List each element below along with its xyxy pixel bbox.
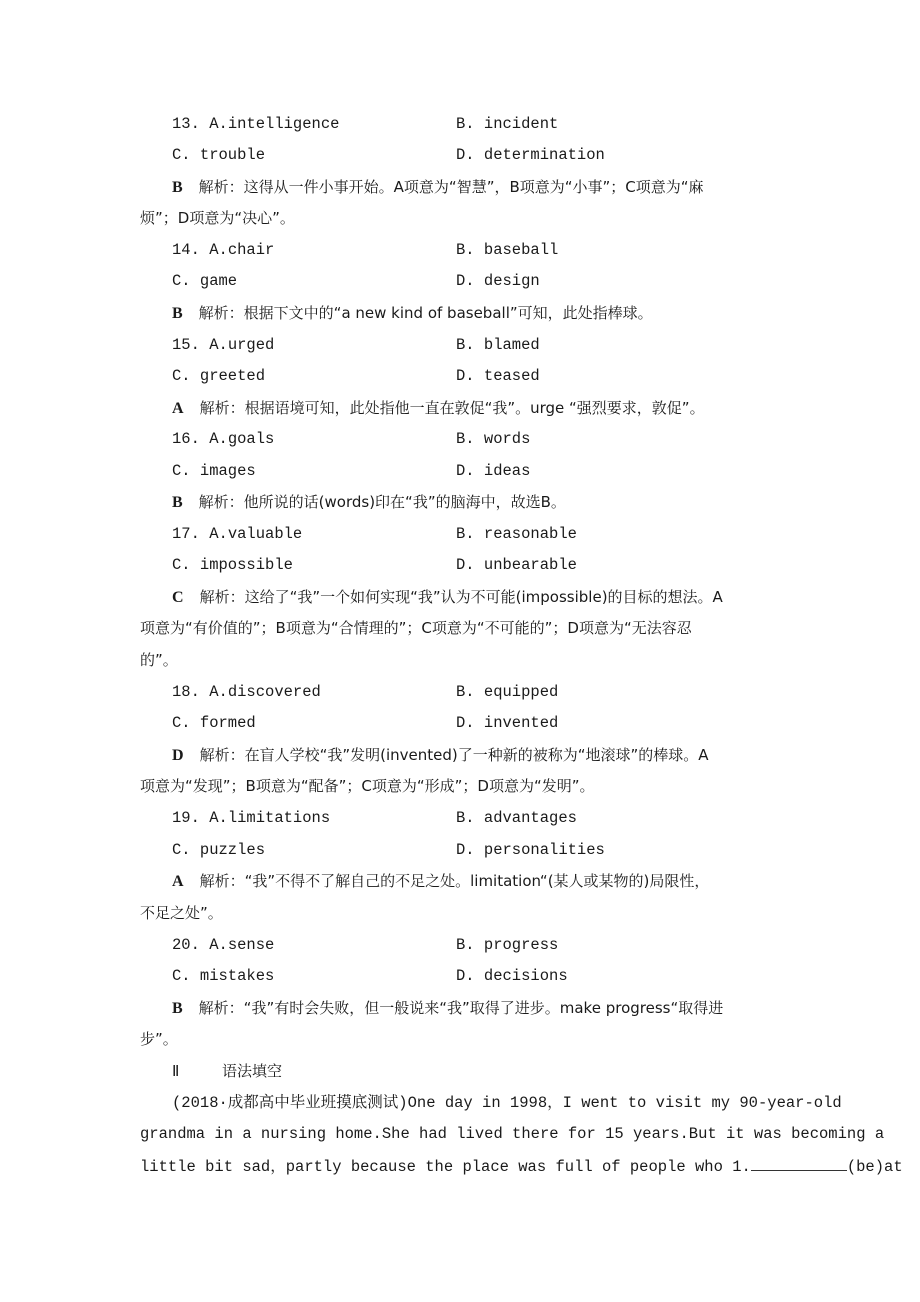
question-number: 17. <box>172 525 200 543</box>
option-b: B. progress <box>456 935 558 955</box>
option-c: C. images <box>172 462 256 480</box>
question-20-row-ab: 20. A.sense B. progress <box>172 935 862 967</box>
answer-18-cont: 项意为“发现”；B项意为“配备”；C项意为“形成”；D项意为“发明”。 <box>140 776 830 808</box>
question-15-row-ab: 15. A.urged B. blamed <box>172 335 862 367</box>
question-14-row-cd: C. game D. design <box>172 271 862 303</box>
answer-17-cont: 项意为“有价值的”；B项意为“合情理的”；C项意为“不可能的”；D项意为“无法容… <box>140 618 830 650</box>
answer-19: A解析：“我”不得不了解自己的不足之处。limitation“(某人或某物的)局… <box>172 871 862 903</box>
blank-1[interactable] <box>751 1156 847 1171</box>
option-d: D. teased <box>456 366 540 386</box>
passage-line-3: little bit sad，partly because the place … <box>140 1156 830 1188</box>
document-page: 13. A.intelligence B. incident C. troubl… <box>0 0 920 1302</box>
answer-14: B解析：根据下文中的“a new kind of baseball”可知，此处指… <box>172 303 862 335</box>
question-number: 18. <box>172 683 200 701</box>
question-number: 14. <box>172 241 200 259</box>
option-a: A.discovered <box>209 683 321 701</box>
answer-letter: B <box>172 494 183 511</box>
answer-18: D解析：在盲人学校“我”发明(invented)了一种新的被称为“地滚球”的棒球… <box>172 745 862 777</box>
explanation: 解析：根据语境可知，此处指他一直在敦促“我”。urge “强烈要求，敦促”。 <box>200 399 705 417</box>
question-14-row-ab: 14. A.chair B. baseball <box>172 240 862 272</box>
answer-17-cont-2: 的”。 <box>140 650 830 682</box>
question-13-row-cd: C. trouble D. determination <box>172 145 862 177</box>
passage-text: little bit sad，partly because the place … <box>140 1158 751 1176</box>
answer-letter: D <box>172 747 184 764</box>
option-b: B. reasonable <box>456 524 577 544</box>
explanation: 解析：这给了“我”一个如何实现“我”认为不可能(impossible)的目标的想… <box>200 588 723 606</box>
option-d: D. decisions <box>456 966 568 986</box>
option-c: C. puzzles <box>172 841 265 859</box>
question-13-row-ab: 13. A.intelligence B. incident <box>172 114 862 146</box>
question-20-row-cd: C. mistakes D. decisions <box>172 966 862 998</box>
section-heading: Ⅱ语法填空 <box>172 1061 862 1093</box>
question-number: 16. <box>172 430 200 448</box>
option-d: D. personalities <box>456 840 605 860</box>
option-a: A.chair <box>209 241 274 259</box>
passage-text: (be)at <box>847 1158 903 1176</box>
question-number: 13. <box>172 115 200 133</box>
passage-line-1: (2018·成都高中毕业班摸底测试)One day in 1998，I went… <box>172 1093 832 1125</box>
explanation: 解析：根据下文中的“a new kind of baseball”可知，此处指棒… <box>199 304 653 322</box>
passage-text: (2018·成都高中毕业班摸底测试)One day in 1998，I went… <box>172 1094 842 1112</box>
explanation: 解析：“我”有时会失败，但一般说来“我”取得了进步。make progress“… <box>199 999 724 1017</box>
option-c: C. trouble <box>172 146 265 164</box>
option-a: A.valuable <box>209 525 302 543</box>
question-number: 15. <box>172 336 200 354</box>
option-c: C. game <box>172 272 237 290</box>
answer-letter: A <box>172 873 184 890</box>
question-15-row-cd: C. greeted D. teased <box>172 366 862 398</box>
option-b: B. words <box>456 429 530 449</box>
explanation-continued: 步”。 <box>140 1030 178 1048</box>
option-b: B. blamed <box>456 335 540 355</box>
option-b: B. incident <box>456 114 558 134</box>
question-17-row-ab: 17. A.valuable B. reasonable <box>172 524 862 556</box>
question-number: 19. <box>172 809 200 827</box>
option-a: A.sense <box>209 936 274 954</box>
explanation-continued: 项意为“有价值的”；B项意为“合情理的”；C项意为“不可能的”；D项意为“无法容… <box>140 619 692 637</box>
option-c: C. formed <box>172 714 256 732</box>
explanation: 解析：这得从一件小事开始。A项意为“智慧”，B项意为“小事”；C项意为“麻 <box>199 178 704 196</box>
option-b: B. advantages <box>456 808 577 828</box>
explanation-continued: 的”。 <box>140 651 178 669</box>
question-19-row-ab: 19. A.limitations B. advantages <box>172 808 862 840</box>
answer-19-cont: 不足之处”。 <box>140 903 830 935</box>
option-c: C. greeted <box>172 367 265 385</box>
question-16-row-cd: C. images D. ideas <box>172 461 862 493</box>
answer-20: B解析：“我”有时会失败，但一般说来“我”取得了进步。make progress… <box>172 998 862 1030</box>
question-17-row-cd: C. impossible D. unbearable <box>172 555 862 587</box>
option-a: A.limitations <box>209 809 330 827</box>
option-d: D. determination <box>456 145 605 165</box>
question-16-row-ab: 16. A.goals B. words <box>172 429 862 461</box>
answer-15: A解析：根据语境可知，此处指他一直在敦促“我”。urge “强烈要求，敦促”。 <box>172 398 862 430</box>
option-c: C. impossible <box>172 556 293 574</box>
option-a: A.urged <box>209 336 274 354</box>
passage-text: grandma in a nursing home.She had lived … <box>140 1125 884 1143</box>
option-b: B. equipped <box>456 682 558 702</box>
passage-line-2: grandma in a nursing home.She had lived … <box>140 1124 830 1156</box>
option-d: D. invented <box>456 713 558 733</box>
question-19-row-cd: C. puzzles D. personalities <box>172 840 862 872</box>
answer-letter: A <box>172 400 184 417</box>
answer-letter: B <box>172 1000 183 1017</box>
option-a: A.intelligence <box>209 115 339 133</box>
answer-16: B解析：他所说的话(words)印在“我”的脑海中，故选B。 <box>172 492 862 524</box>
explanation: 解析：在盲人学校“我”发明(invented)了一种新的被称为“地滚球”的棒球。… <box>200 746 709 764</box>
option-b: B. baseball <box>456 240 558 260</box>
question-18-row-ab: 18. A.discovered B. equipped <box>172 682 862 714</box>
option-a: A.goals <box>209 430 274 448</box>
answer-letter: C <box>172 589 184 606</box>
explanation: 解析：他所说的话(words)印在“我”的脑海中，故选B。 <box>199 493 566 511</box>
answer-20-cont: 步”。 <box>140 1029 830 1061</box>
section-number: Ⅱ <box>172 1062 222 1082</box>
question-number: 20. <box>172 936 200 954</box>
question-18-row-cd: C. formed D. invented <box>172 713 862 745</box>
answer-17: C解析：这给了“我”一个如何实现“我”认为不可能(impossible)的目标的… <box>172 587 862 619</box>
answer-letter: B <box>172 305 183 322</box>
answer-13: B解析：这得从一件小事开始。A项意为“智慧”，B项意为“小事”；C项意为“麻 <box>172 177 862 209</box>
explanation-continued: 烦”；D项意为“决心”。 <box>140 209 295 227</box>
option-c: C. mistakes <box>172 967 274 985</box>
answer-letter: B <box>172 179 183 196</box>
explanation: 解析：“我”不得不了解自己的不足之处。limitation“(某人或某物的)局限… <box>200 872 710 890</box>
option-d: D. design <box>456 271 540 291</box>
explanation-continued: 不足之处”。 <box>140 904 223 922</box>
explanation-continued: 项意为“发现”；B项意为“配备”；C项意为“形成”；D项意为“发明”。 <box>140 777 595 795</box>
option-d: D. ideas <box>456 461 530 481</box>
option-d: D. unbearable <box>456 555 577 575</box>
section-title: 语法填空 <box>222 1062 282 1080</box>
answer-13-cont: 烦”；D项意为“决心”。 <box>140 208 830 240</box>
